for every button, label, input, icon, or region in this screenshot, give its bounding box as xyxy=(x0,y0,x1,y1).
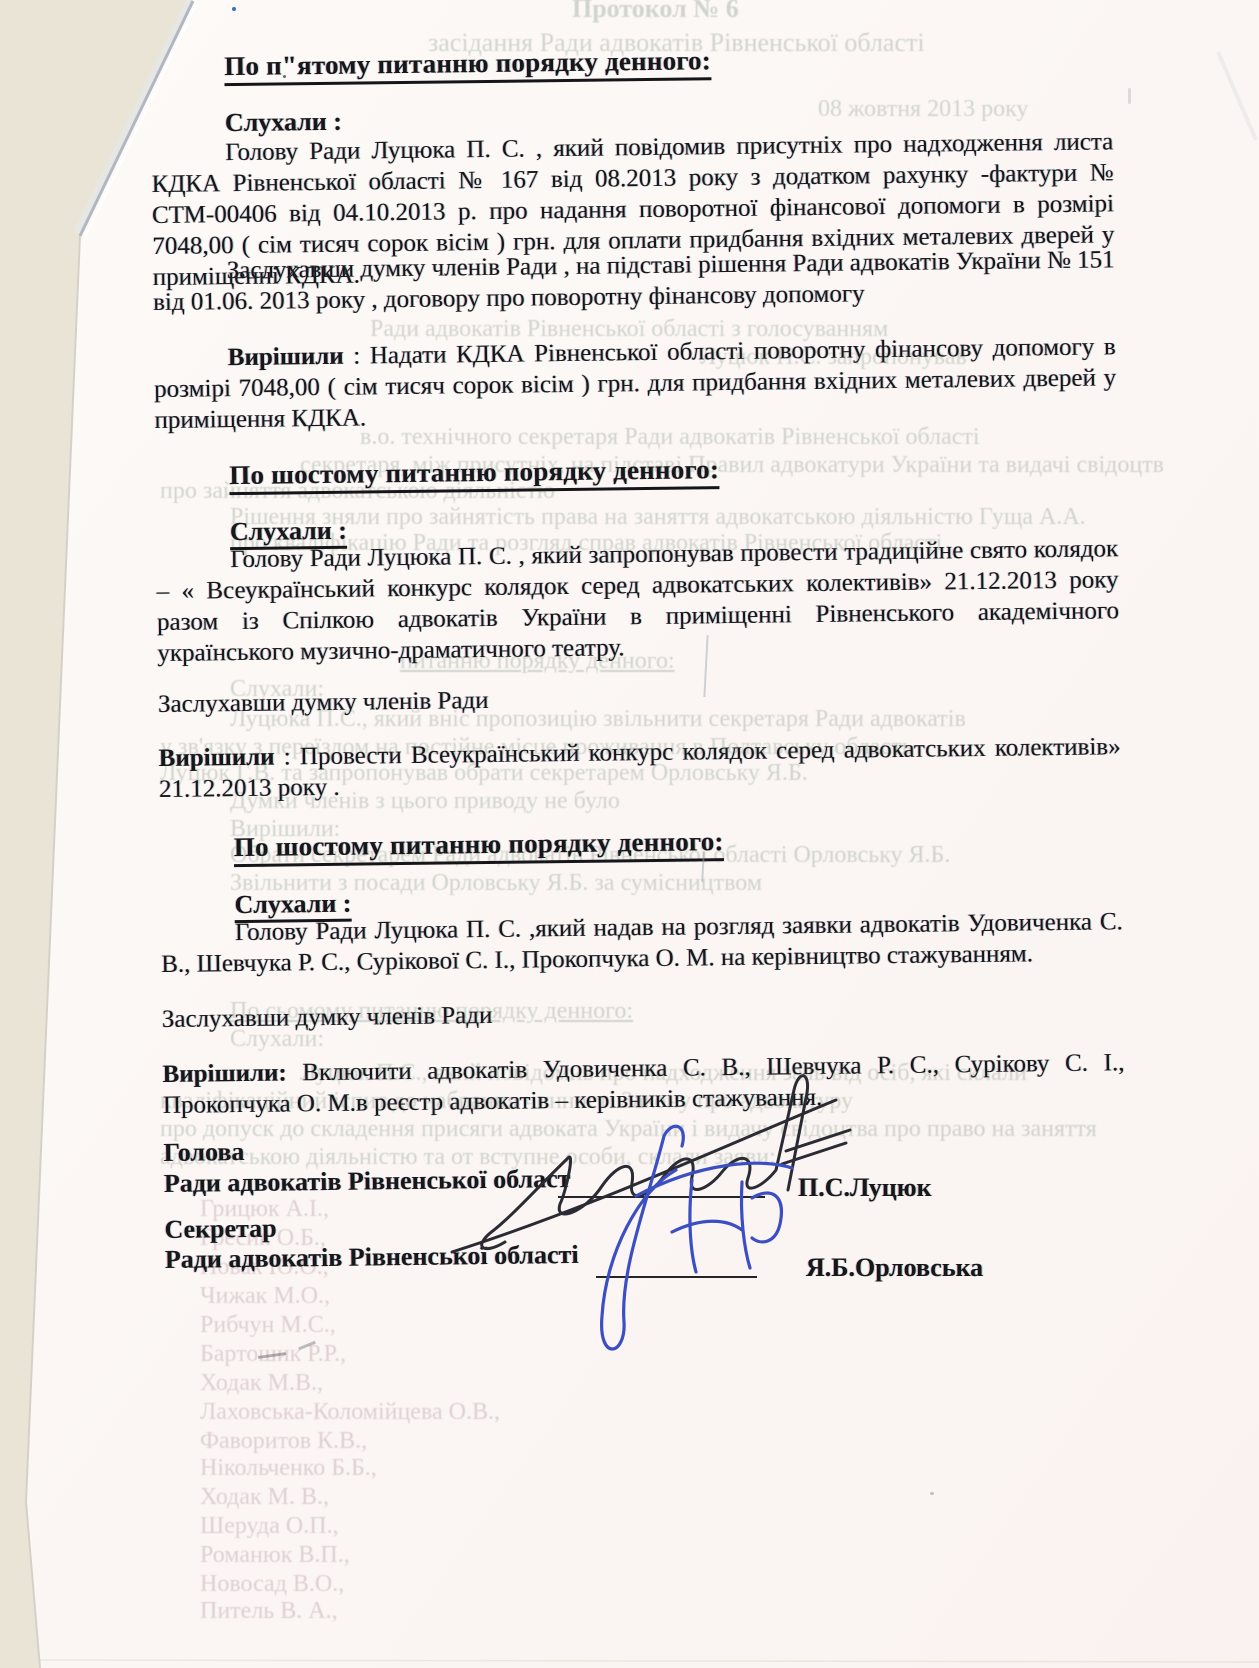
decision-paragraph-5: Вирішили : Надати КДКА Рівненської облас… xyxy=(154,331,1117,436)
heard-paragraph-6: Голову Ради Луцюка П. С. , який запропон… xyxy=(156,533,1119,669)
decision-label-7: Вирішили: xyxy=(162,1059,287,1088)
agenda-item-7-heading: По шостому питанню порядку денного: xyxy=(234,826,724,867)
chair-title-line1: Голова xyxy=(163,1136,244,1168)
secretary-title-line2: Ради адвокатів Рівненської області xyxy=(165,1239,579,1275)
decision-label-6: Вирішили xyxy=(159,744,275,772)
typed-content: По п"ятому питанню порядку денного: Слух… xyxy=(0,0,1259,1668)
scan-speck xyxy=(283,75,286,78)
scan-speck xyxy=(1128,88,1131,104)
chair-name: П.С.Луцюк xyxy=(798,1172,932,1203)
chair-title-line2: Ради адвокатів Рівненської област xyxy=(164,1163,571,1199)
opinion-paragraph-6: Заслухавши думку членів Ради xyxy=(158,677,1120,720)
heard-label-5: Слухали : xyxy=(225,106,342,138)
decision-paragraph-7: Вирішили: Включити адвокатів Удовиченка … xyxy=(162,1047,1125,1121)
decision-label-5: Вирішили xyxy=(228,343,344,371)
opinion-paragraph-5: Заслухавши думку членів Ради , на підста… xyxy=(153,244,1116,318)
decision-paragraph-6: Вирішили : Провести Всеукраїнський конку… xyxy=(159,731,1122,805)
secretary-title-line1: Секретар xyxy=(164,1213,277,1245)
decision-text-6: : Провести Всеукраїнський конкурс колядо… xyxy=(159,733,1121,803)
scan-speck xyxy=(930,1492,934,1495)
secretary-name: Я.Б.Орловська xyxy=(806,1252,983,1283)
scanned-protocol-page: { "colors": { "scanner_background": "#e9… xyxy=(0,0,1259,1668)
opinion-paragraph-7: Заслухавши думку членів Ради xyxy=(162,992,1124,1035)
heard-paragraph-7: Голову Ради Луцюка П. С. ,який надав на … xyxy=(161,906,1124,980)
chair-signature-line xyxy=(558,1196,765,1198)
agenda-item-6-heading: По шостому питанню порядку денного: xyxy=(229,454,719,495)
scan-speck xyxy=(232,7,236,11)
decision-text-7: Включити адвокатів Удовиченка С. В., Шев… xyxy=(163,1049,1125,1119)
secretary-signature-line xyxy=(596,1276,757,1278)
agenda-item-5-heading: По п"ятому питанню порядку денного: xyxy=(224,45,711,86)
